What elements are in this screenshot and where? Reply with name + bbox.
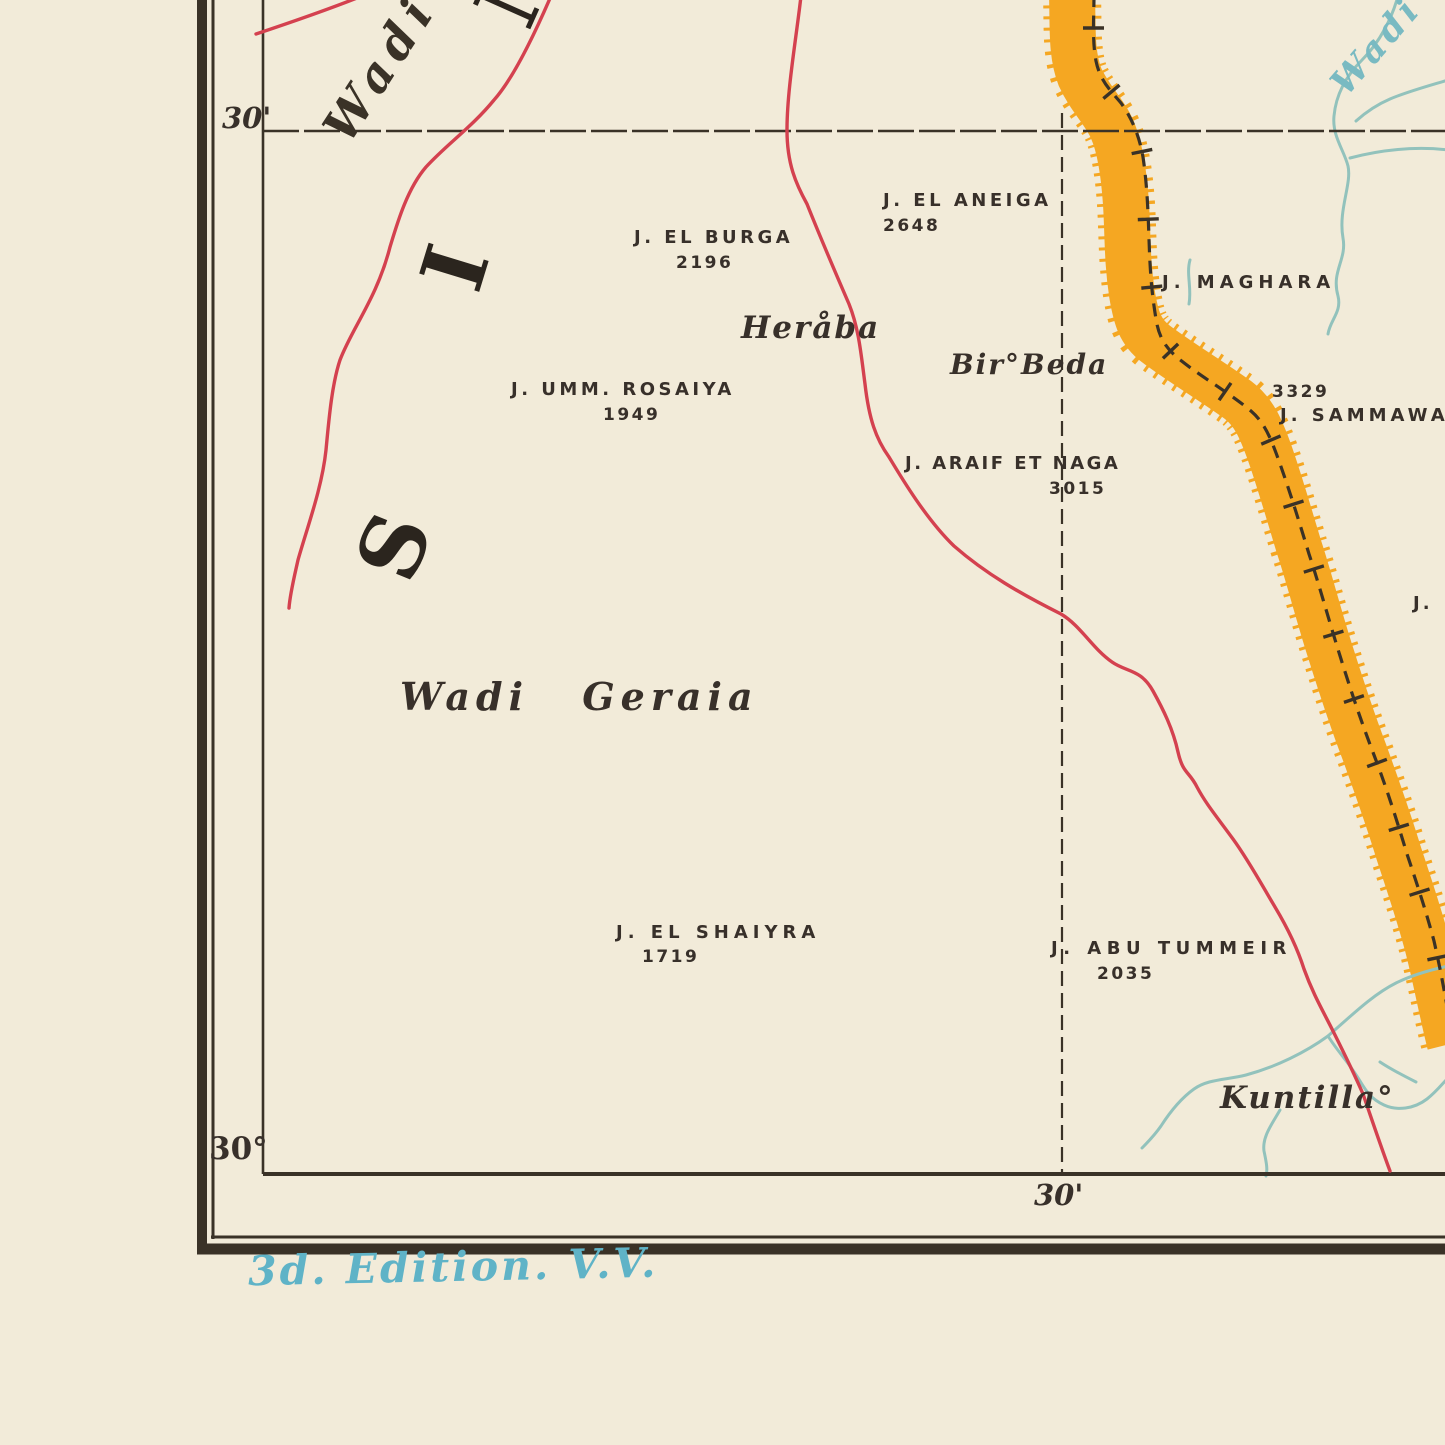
peak-label: J. EL SHAIYRA — [616, 924, 820, 942]
peak-label: J. ARAIF ET NAGA — [905, 455, 1120, 473]
peak-label: J. ABU TUMMEIR — [1051, 940, 1292, 958]
region-letter: I — [409, 236, 503, 300]
peak-elevation: 2196 — [676, 255, 733, 272]
wadi-name-rotated: Wadi — [1325, 0, 1428, 101]
wadi-name-rotated: Wadi — [316, 0, 446, 150]
peak-elevation: 2648 — [883, 218, 940, 235]
peak-label: J. EL ANEIGA — [883, 192, 1052, 210]
longitude-label-bottom: 30' — [1034, 1181, 1083, 1210]
label-layer: 30' 30° 30' 3d. Edition. V.V. J. EL BURG… — [0, 0, 1445, 1445]
latitude-label-top: 30' — [222, 104, 271, 133]
place-label: Kuntilla° — [1220, 1083, 1395, 1114]
peak-label: J. EL BURGA — [634, 229, 793, 247]
map-sheet: 30' 30° 30' 3d. Edition. V.V. J. EL BURG… — [0, 0, 1445, 1445]
place-label: Bir°Beda — [950, 351, 1108, 379]
peak-elevation: 1719 — [642, 949, 699, 966]
peak-label: J. — [1413, 595, 1433, 613]
region-letter: S — [344, 502, 447, 592]
peak-label: J. UMM. ROSAIYA — [511, 381, 735, 399]
peak-elevation: 1949 — [603, 407, 660, 424]
place-label: Heråba — [741, 313, 880, 344]
peak-elevation: 3015 — [1049, 481, 1106, 498]
latitude-label-bottom: 30° — [209, 1134, 268, 1165]
edition-stamp-text: 3d. Edition. V.V. — [248, 1239, 659, 1296]
peak-elevation: 2035 — [1097, 966, 1154, 983]
peak-label: J. MAGHARA — [1162, 274, 1335, 292]
region-letter: N — [463, 0, 574, 38]
peak-label: J. SAMMAWA — [1280, 407, 1445, 425]
place-label: Wadi Geraia — [400, 678, 759, 716]
peak-elevation: 3329 — [1272, 384, 1329, 401]
